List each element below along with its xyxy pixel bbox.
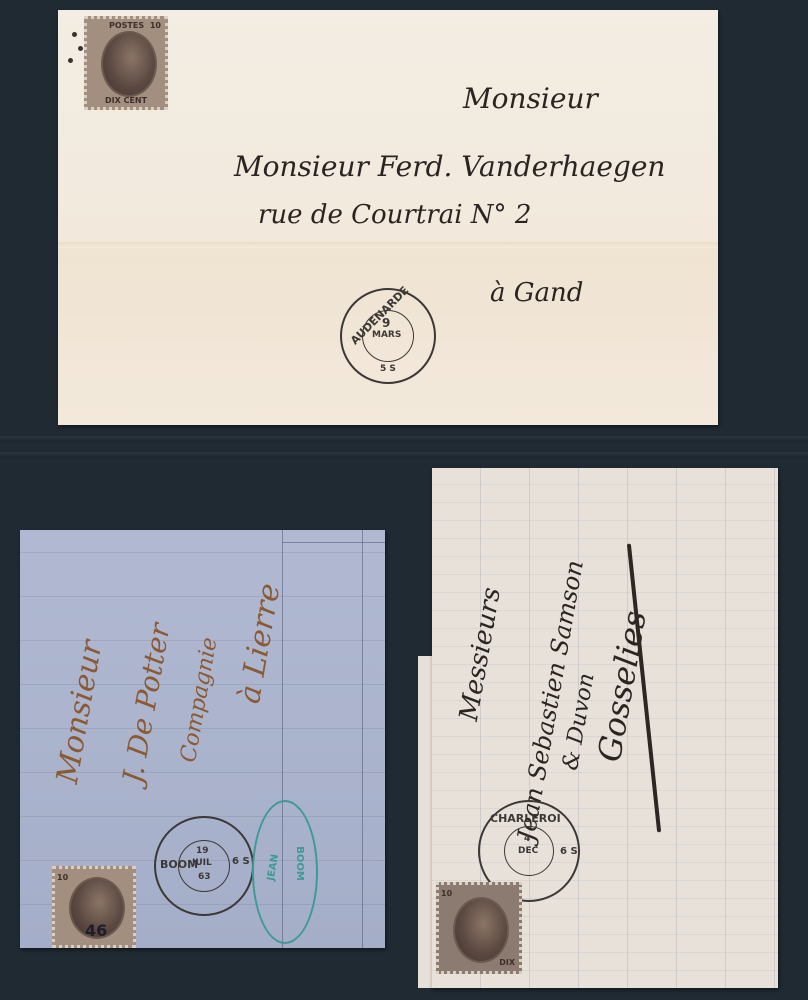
address-city: à Lierre (232, 581, 288, 706)
oval-cachet: JEAN BOOM (252, 800, 318, 944)
address-line-1: Monsieur Ferd. Vanderhaegen (234, 150, 665, 183)
postmark-audenarde: AUDENARDE 9 MARS 5 S (340, 288, 436, 384)
address-line-1: Monsieur (50, 638, 110, 786)
dot-cancel (68, 58, 73, 63)
stamp-bottom-label: DIX (499, 958, 515, 967)
stamp: 46 10 (52, 866, 136, 948)
postmark-day: 19 (196, 846, 209, 856)
postmark-time: 6 S (232, 856, 250, 867)
postmark-time: 5 S (380, 364, 396, 374)
address-line-2: rue de Courtrai N° 2 (258, 200, 531, 230)
album-divider (0, 436, 808, 442)
paper-fold (58, 242, 718, 248)
postmark-month: MARS (372, 330, 401, 340)
dot-cancel (72, 32, 77, 37)
postmark-year: 63 (198, 872, 211, 882)
postmark-day: 9 (382, 316, 390, 330)
address-line-3: Compagnie (176, 635, 223, 764)
address-line-2: J. De Potter (116, 621, 177, 786)
cover-ledger-letter: Messieurs Jean Sebastien Samson & Duvon … (432, 468, 778, 988)
cancel-number: 46 (85, 921, 107, 940)
address-line-1: Messieurs (454, 585, 507, 723)
postmark-town: CHARLEROI (490, 812, 561, 825)
ledger-rule (282, 542, 385, 543)
stamp-value: 10 (150, 21, 161, 30)
cachet-line-1: JEAN (266, 853, 281, 881)
postmark-month: JUIL (192, 858, 212, 868)
cover-blue-letter: Monsieur J. De Potter Compagnie à Lierre… (20, 530, 385, 948)
stamp-value: 10 (57, 873, 68, 882)
stamp-top-label: POSTES (109, 21, 144, 30)
postmark-boom: BOOM 19 JUIL 63 6 S (154, 816, 254, 916)
stamp: POSTES 10 DIX CENT (84, 16, 168, 110)
postmark-time: 6 S (560, 846, 578, 857)
album-divider (0, 452, 808, 458)
postmark-month: DEC (518, 846, 538, 856)
cachet-line-2: BOOM (294, 846, 305, 881)
stamp: 10 DIX (436, 882, 522, 974)
ledger-rule (362, 530, 363, 948)
stamp-bottom-label: DIX CENT (105, 96, 147, 105)
postmark-day: 4 (524, 834, 530, 844)
stamp-portrait-icon (453, 897, 509, 963)
address-salutation: Monsieur (463, 82, 598, 115)
stamp-portrait-icon (101, 31, 157, 97)
dot-cancel (78, 46, 83, 51)
stamp-value: 10 (441, 889, 452, 898)
cover-top-letter: POSTES 10 DIX CENT Monsieur Monsieur Fer… (58, 10, 718, 425)
address-city: à Gand (490, 278, 583, 308)
